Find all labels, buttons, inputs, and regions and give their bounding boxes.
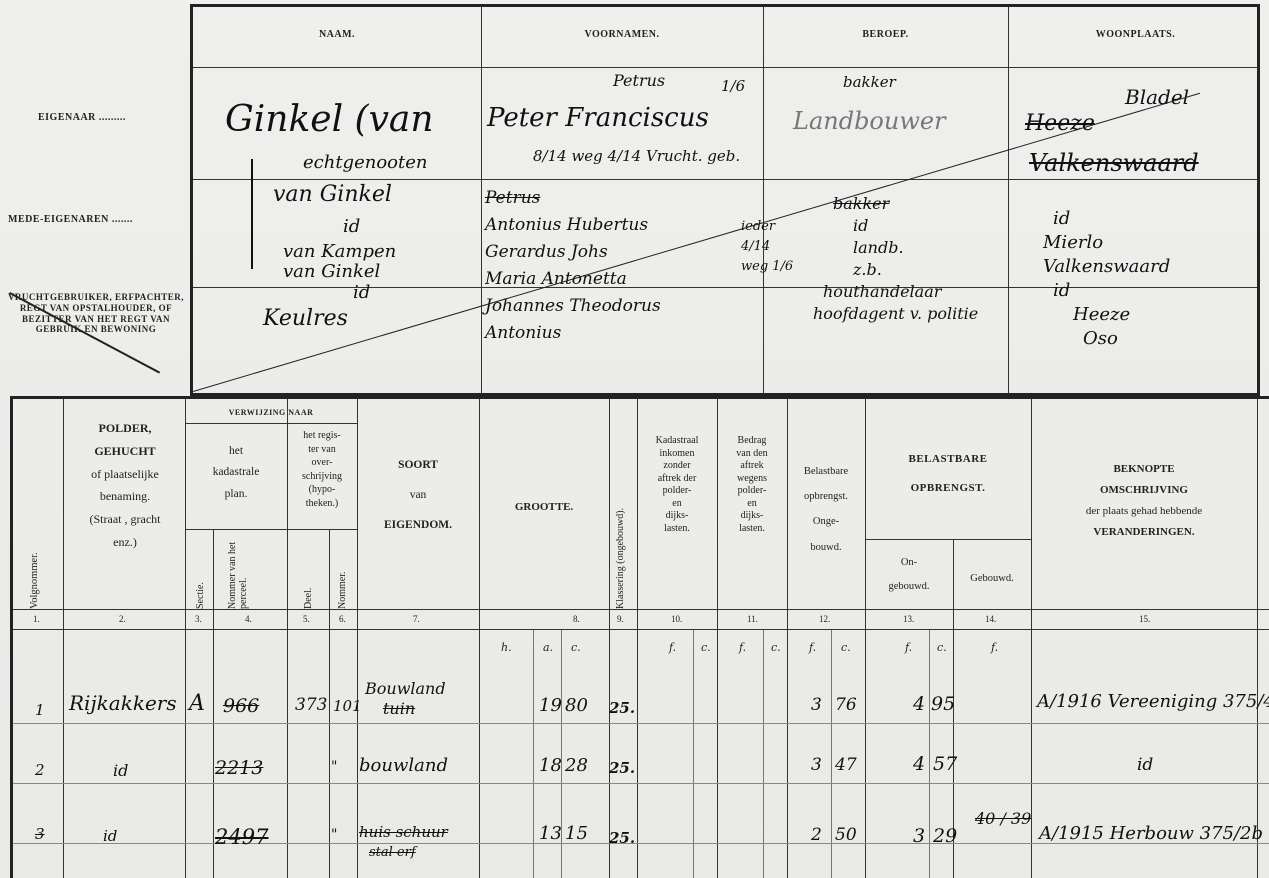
unit-c14-f: f. xyxy=(991,641,998,654)
row1-are: 19 xyxy=(539,695,562,716)
header-klassering: Klassering (ongebouwd). xyxy=(615,429,626,609)
row1-c13-c: 95 xyxy=(931,693,955,715)
row1-omschrijving: A/1916 Vereeniging 375/4 xyxy=(1037,691,1269,712)
mede-eigenaren-naam: echtgenooten van Ginkel id van Kampen va… xyxy=(253,147,473,335)
header-beroep: BEROEP. xyxy=(763,29,1008,40)
row1-volg: 1 xyxy=(35,701,45,719)
row3-soort-struck: stal erf xyxy=(369,845,416,860)
row2-soort: bouwland xyxy=(359,755,448,776)
header-grootte: GROOTTE. xyxy=(479,499,609,516)
colnum-15: 15. xyxy=(1139,614,1150,624)
row1-perceel: 966 xyxy=(223,695,259,717)
header-belastbare-ongebouwd: Belastbareopbrengst.Onge-bouwd. xyxy=(787,459,865,560)
colnum-4: 4. xyxy=(245,614,252,624)
row3-c13-f: 3 xyxy=(913,825,925,847)
eigenaar-share: 1/6 xyxy=(721,77,745,95)
header-register: het regis- ter van over- schrijving (hyp… xyxy=(287,429,357,510)
row3-nommer: " xyxy=(331,827,337,843)
header-woonplaats: WOONPLAATS. xyxy=(1008,29,1263,40)
unit-c: c. xyxy=(571,641,581,654)
colnum-1: 1. xyxy=(33,614,40,624)
row1-c12-c: 76 xyxy=(835,695,857,715)
unit-c13-f: f. xyxy=(905,641,912,654)
mede-eigenaren-woonplaats: id Mierlo Valkenswaard id Heeze Oso xyxy=(1043,207,1170,351)
eigenaar-naam: Ginkel (van xyxy=(225,99,434,140)
row2-centiare: 28 xyxy=(565,755,588,776)
unit-c10-f: f. xyxy=(669,641,676,654)
eigenaar-voornamen: Peter Franciscus xyxy=(487,103,709,133)
row2-c13-f: 4 xyxy=(913,753,925,775)
row3-soort: huis schuur xyxy=(359,823,448,841)
row3-klasse: 25. xyxy=(609,829,635,847)
eigenaar-note: 8/14 weg 4/14 Vrucht. geb. xyxy=(533,147,740,165)
header-nommer: Nommer. xyxy=(337,549,348,609)
header-verwijzing: VERWIJZING NAAR xyxy=(185,407,357,419)
header-naam: NAAM. xyxy=(193,29,481,40)
label-eigenaar: EIGENAAR ......... xyxy=(38,112,126,123)
unit-h: h. xyxy=(501,641,512,654)
header-perceel: Nommer van het perceel. xyxy=(227,539,257,609)
row1-c13-f: 4 xyxy=(913,693,925,715)
row3-c13-c: 29 xyxy=(933,825,957,847)
colnum-8: 8. xyxy=(573,614,580,624)
colnum-6: 6. xyxy=(339,614,346,624)
row3-c12-f: 2 xyxy=(811,825,822,845)
colnum-11: 11. xyxy=(747,614,758,624)
colnum-3: 3. xyxy=(195,614,202,624)
row1-sectie: A xyxy=(189,691,205,716)
row2-perceel: 2213 xyxy=(215,757,263,779)
header-voornamen: VOORNAMEN. xyxy=(481,29,763,40)
row2-volg: 2 xyxy=(35,761,45,779)
row1-centiare: 80 xyxy=(565,695,588,716)
colnum-2: 2. xyxy=(119,614,126,624)
colnum-5: 5. xyxy=(303,614,310,624)
eigenaar-beroep: Landbouwer xyxy=(793,107,946,135)
header-omschrijving: BEKNOPTE OMSCHRIJVING der plaats gehad h… xyxy=(1031,459,1257,543)
mede-eigenaren-voornamen: Petrus Antonius Hubertus Gerardus Johs M… xyxy=(485,185,661,347)
row2-c12-f: 3 xyxy=(811,755,822,775)
header-soort: SOORT van EIGENDOM. xyxy=(357,451,479,541)
row1-polder: Rijkakkers xyxy=(69,691,177,715)
row2-omschrijving: id xyxy=(1137,755,1153,775)
header-ongebouwd: On-gebouwd. xyxy=(865,551,953,599)
eigenaar-woonplaats-struck: Heeze xyxy=(1025,111,1095,136)
row3-volg: 3 xyxy=(35,825,45,843)
row2-nommer: " xyxy=(331,759,337,775)
header-kadastrale-plan: het kadastrale plan. xyxy=(185,441,287,505)
row2-klasse: 25. xyxy=(609,759,635,777)
unit-c13-c: c. xyxy=(937,641,947,654)
header-belastbare-opbrengst: BELASTBAREOPBRENGST. xyxy=(865,445,1031,502)
row1-soort-struck: tuin xyxy=(383,699,415,718)
unit-c12-c: c. xyxy=(841,641,851,654)
row3-centiare: 15 xyxy=(565,823,588,844)
unit-c12-f: f. xyxy=(809,641,816,654)
header-bedrag-aftrek: Bedragvan denaftrekwegenspolder-endijks-… xyxy=(717,435,787,535)
header-kadastraal-inkomen: Kadastraalinkomenzonderaftrek derpolder-… xyxy=(637,435,717,535)
row1-soort: Bouwland xyxy=(365,679,446,698)
label-vruchtgebruiker: VRUCHTGEBRUIKER, ERFPACHTER, REGT VAN OP… xyxy=(6,292,186,335)
row3-polder: id xyxy=(103,827,117,845)
row2-c13-c: 57 xyxy=(933,753,957,775)
eigenaar-woonplaats: Valkenswaard xyxy=(1029,149,1199,177)
kadaster-register-page: EIGENAAR ......... MEDE-EIGENAREN ......… xyxy=(0,0,1269,878)
row3-c12-c: 50 xyxy=(835,825,857,845)
unit-a: a. xyxy=(543,641,553,654)
eigenaar-voornamen-above: Petrus xyxy=(613,71,665,90)
colnum-9: 9. xyxy=(617,614,624,624)
row2-c12-c: 47 xyxy=(835,755,857,775)
colnum-13: 13. xyxy=(903,614,914,624)
eigenaar-beroep-above: bakker xyxy=(843,73,896,91)
header-gebouwd: Gebouwd. xyxy=(953,571,1031,587)
unit-c10-c: c. xyxy=(701,641,711,654)
colnum-12: 12. xyxy=(819,614,830,624)
unit-c11-c: c. xyxy=(771,641,781,654)
header-polder: POLDER, GEHUCHT of plaatselijke benaming… xyxy=(65,417,185,554)
owner-block: NAAM. VOORNAMEN. BEROEP. WOONPLAATS. Gin… xyxy=(190,4,1260,396)
row3-c14: 40 / 39 xyxy=(975,811,1031,827)
row1-klasse: 25. xyxy=(609,699,635,717)
row1-deel: 373 xyxy=(295,695,327,715)
row1-nommer: 101 xyxy=(333,697,362,715)
header-sectie: Sectie. xyxy=(195,549,206,609)
unit-c11-f: f. xyxy=(739,641,746,654)
row2-polder: id xyxy=(113,761,128,780)
row3-are: 13 xyxy=(539,823,562,844)
row3-omschrijving: A/1915 Herbouw 375/2b xyxy=(1039,823,1263,844)
row3-perceel: 2497 xyxy=(215,825,268,849)
row1-c12-f: 3 xyxy=(811,695,822,715)
parcel-table: Volgnommer. POLDER, GEHUCHT of plaatseli… xyxy=(10,396,1269,878)
header-deel: Deel. xyxy=(303,564,314,609)
colnum-14: 14. xyxy=(985,614,996,624)
mede-eigenaren-beroep: bakker id landb. z.b. houthandelaar hoof… xyxy=(813,193,978,325)
brace xyxy=(251,159,253,269)
row2-are: 18 xyxy=(539,755,562,776)
colnum-10: 10. xyxy=(671,614,682,624)
colnum-7: 7. xyxy=(413,614,420,624)
label-mede-eigenaren: MEDE-EIGENAREN ....... xyxy=(8,214,133,225)
header-volgnommer: Volgnommer. xyxy=(29,499,40,609)
